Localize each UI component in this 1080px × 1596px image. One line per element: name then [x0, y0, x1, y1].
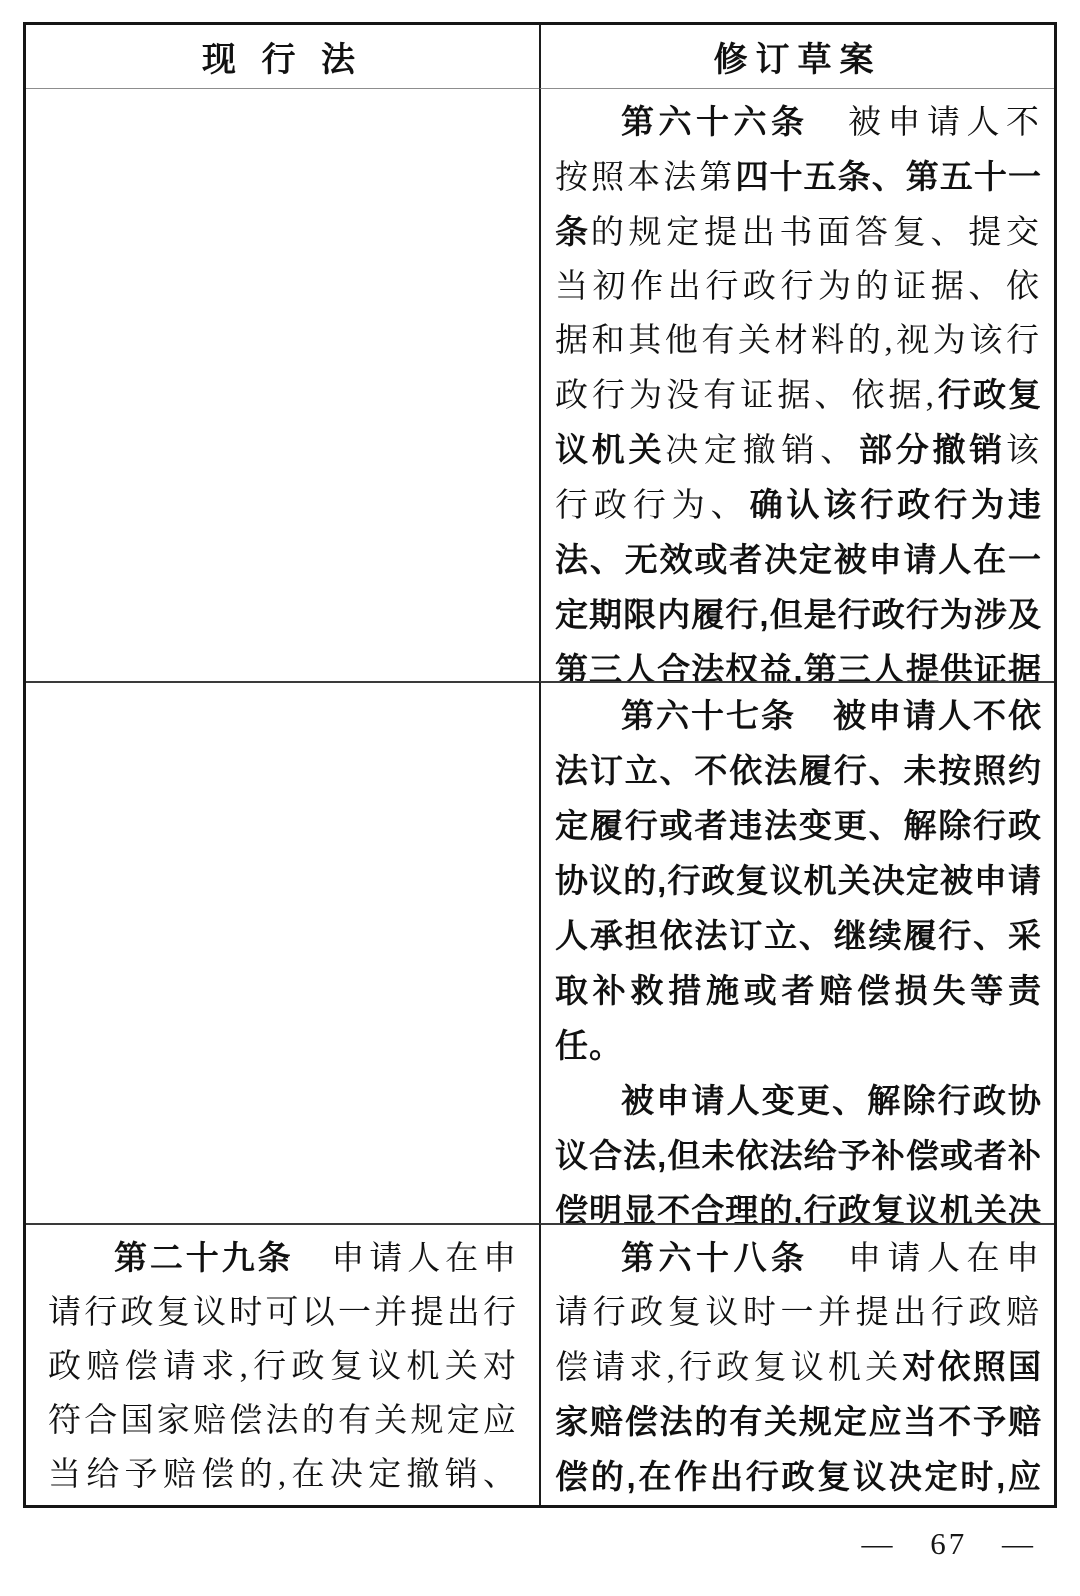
cell-revision-draft-article-68: 第六十八条 申请人在申请行政复议时一并提出行政赔偿请求,行政复议机关对依照国家赔… [539, 1223, 1054, 1505]
header-cell-current-law: 现 行 法 [26, 25, 539, 89]
header-label-revision-draft: 修订草案 [714, 32, 882, 81]
header-cell-revision-draft: 修订草案 [539, 25, 1054, 89]
cell-current-law-article-29: 第二十九条 申请人在申请行政复议时可以一并提出行政赔偿请求,行政复议机关对符合国… [26, 1223, 539, 1505]
comparison-table: 现 行 法 修订草案 第六十六条 被申请人不按照本法第四十五条、第五十一条的规定… [23, 22, 1057, 1508]
cell-revision-draft-article-67: 第六十七条 被申请人不依法订立、不依法履行、未按照约定履行或者违法变更、解除行政… [539, 681, 1054, 1223]
text-run: 申请人在申请行政复议时可以一并提出行政赔偿请求,行政复议机关对符合国家赔偿法的有… [48, 1241, 519, 1505]
document-page: 现 行 法 修订草案 第六十六条 被申请人不按照本法第四十五条、第五十一条的规定… [0, 0, 1080, 1596]
text-run: 部分撤销 [859, 431, 1006, 468]
paragraph: 被申请人变更、解除行政协议合法,但未依法给予补偿或者补偿明显不合理的,行政复议机… [555, 1074, 1042, 1223]
text-run: 被申请人变更、解除行政协议合法,但未依法给予补偿或者补偿明显不合理的,行政复议机… [555, 1082, 1042, 1223]
text-run: 第二十九条 [114, 1239, 294, 1276]
header-label-current-law: 现 行 法 [202, 32, 363, 81]
paragraph: 第六十六条 被申请人不按照本法第四十五条、第五十一条的规定提出书面答复、提交当初… [555, 95, 1042, 681]
paragraph: 第二十九条 申请人在申请行政复议时可以一并提出行政赔偿请求,行政复议机关对符合国… [48, 1231, 519, 1505]
paragraph: 第六十八条 申请人在申请行政复议时一并提出行政赔偿请求,行政复议机关对依照国家赔… [555, 1231, 1042, 1505]
text-run: 第六十七条 [621, 697, 796, 734]
text-run: 被申请人不依法订立、不依法履行、未按照约定履行或者违法变更、解除行政协议的,行政… [555, 697, 1042, 1064]
text-run: 决定撤销、 [665, 433, 859, 469]
cell-current-law-row-1 [26, 89, 539, 681]
text-run [796, 699, 833, 735]
paragraph: 第六十七条 被申请人不依法订立、不依法履行、未按照约定履行或者违法变更、解除行政… [555, 689, 1042, 1074]
cell-current-law-row-2 [26, 681, 539, 1223]
cell-revision-draft-article-66: 第六十六条 被申请人不按照本法第四十五条、第五十一条的规定提出书面答复、提交当初… [539, 89, 1054, 681]
page-number: — 67 — [862, 1526, 1037, 1562]
text-run: 第六十八条 [621, 1239, 809, 1276]
text-run: 第六十六条 [621, 103, 809, 140]
